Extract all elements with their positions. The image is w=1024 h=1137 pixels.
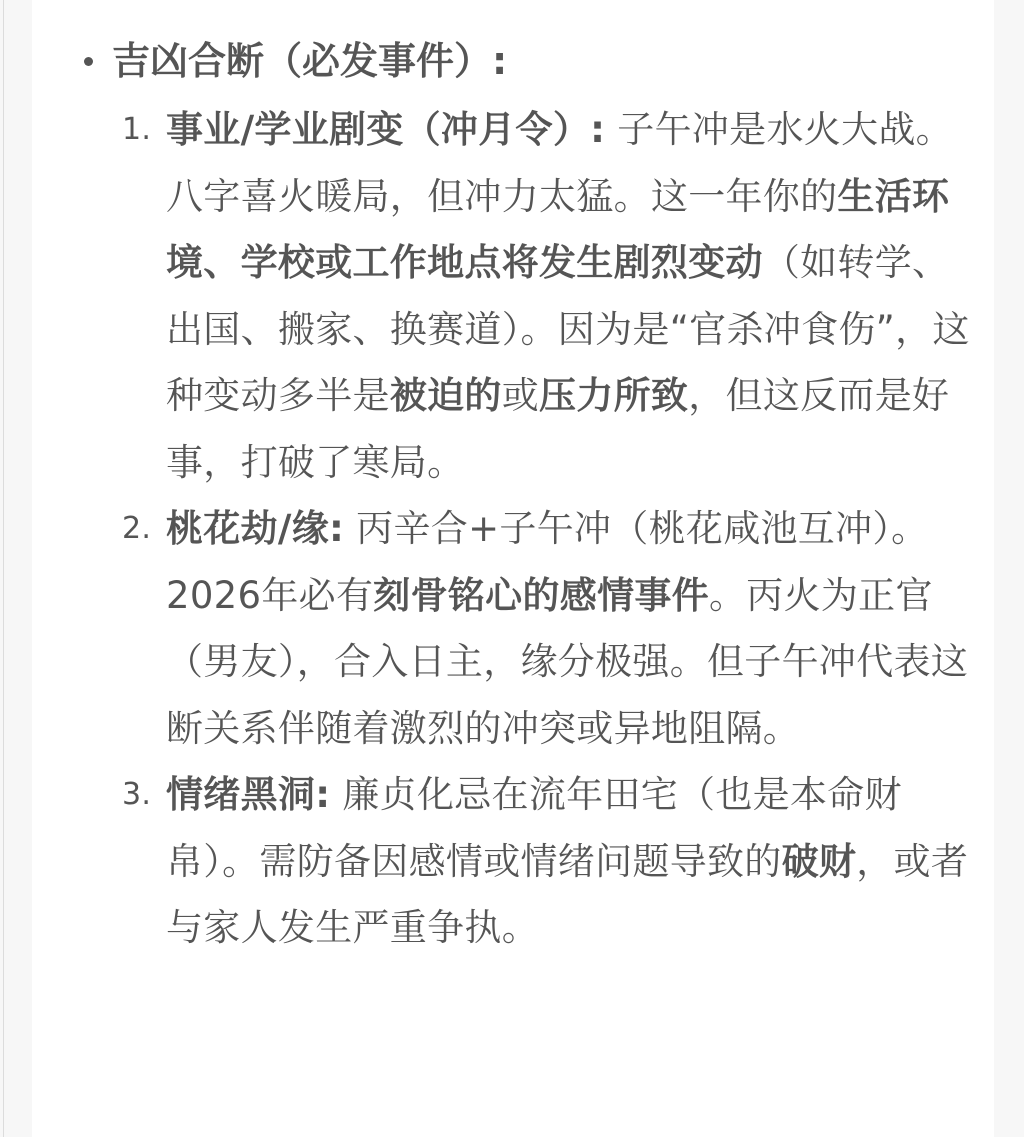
item-text: 或 <box>502 374 539 417</box>
list-item-romance: 2. 桃花劫/缘: 丙辛合+子午冲（桃花咸池互冲）。2026年必有刻骨铭心的感情… <box>120 496 970 762</box>
events-list: 1. 事业/学业剧变（冲月令）: 子午冲是水火大战。八字喜火暖局，但冲力太猛。这… <box>120 97 970 962</box>
list-number: 1. <box>122 97 151 164</box>
item-title: 事业/学业剧变（冲月令）: <box>166 108 605 151</box>
section-heading: 吉凶合断（必发事件）: <box>112 39 507 83</box>
item-text-bold: 被迫的 <box>390 374 502 417</box>
list-item-career: 1. 事业/学业剧变（冲月令）: 子午冲是水火大战。八字喜火暖局，但冲力太猛。这… <box>120 97 970 496</box>
page-edge-divider <box>3 0 4 1137</box>
item-text-bold: 刻骨铭心的感情事件 <box>373 574 709 617</box>
section-heading-item: 吉凶合断（必发事件）: <box>80 32 507 90</box>
bullet-list: 吉凶合断（必发事件）: <box>80 32 507 90</box>
item-text-bold: 破财 <box>782 840 857 883</box>
list-number: 3. <box>122 762 151 829</box>
bullet-dot-icon <box>84 57 93 66</box>
item-title: 桃花劫/缘: <box>166 507 344 550</box>
list-number: 2. <box>122 496 151 563</box>
item-text-bold: 压力所致 <box>539 374 688 417</box>
list-item-emotion: 3. 情绪黑洞: 廉贞化忌在流年田宅（也是本命财帛）。需防备因感情或情绪问题导致… <box>120 762 970 962</box>
item-title: 情绪黑洞: <box>166 773 330 816</box>
